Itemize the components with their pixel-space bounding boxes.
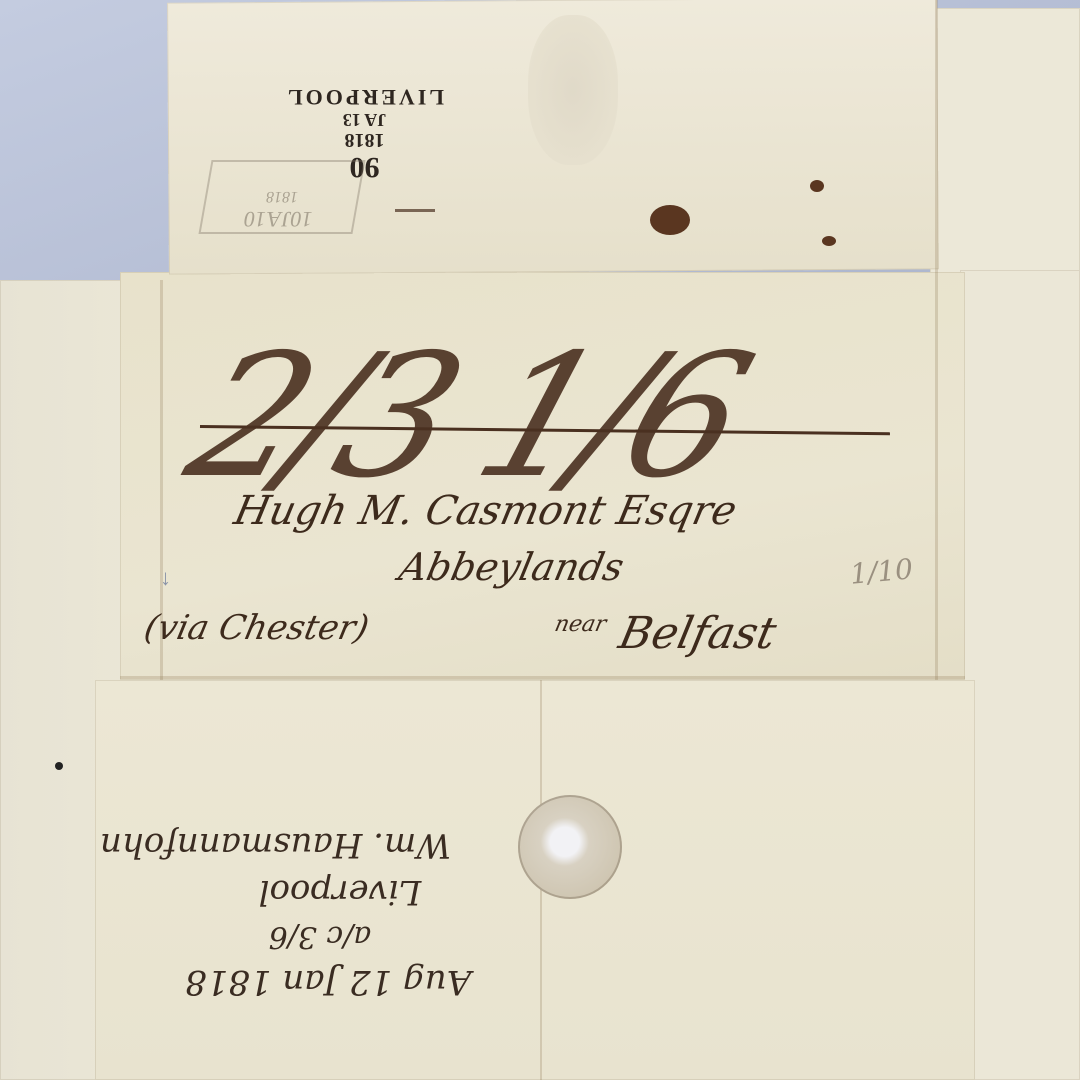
ink-blot: [822, 236, 836, 246]
fold-line: [120, 676, 965, 679]
routing-instruction: (via Chester): [141, 608, 373, 648]
wax-seal-residue: [528, 15, 618, 165]
pencil-arrow-mark: ↓: [160, 565, 171, 591]
endorsement-place: Liverpool: [100, 868, 481, 916]
postage-rate-marking: 2/3 1/6: [168, 318, 764, 516]
ink-blot: [650, 205, 690, 235]
ink-dot: [55, 762, 63, 770]
margin-pencil-note: 1/10: [849, 552, 915, 590]
endorsement-date: Aug 12 Jan 1818: [100, 957, 481, 1005]
postmark-date: JA 13: [285, 109, 444, 129]
box-stamp-year: 1818: [205, 186, 358, 205]
letter-panel-top-right: [930, 8, 1080, 278]
addressee-name: Hugh M. Casmont Esqre: [230, 488, 741, 534]
endorsement-sender: Wm. Hausmannfohn: [100, 820, 481, 868]
address-city: Belfast: [615, 608, 781, 659]
wax-seal-mark: [518, 795, 622, 899]
box-stamp-date: 10JA10: [201, 206, 356, 232]
box-date-stamp: 10JA10 1818: [198, 160, 365, 234]
address-near: near: [552, 612, 608, 637]
postmark-town: LIVERPOOL: [285, 85, 444, 109]
ink-stroke: [395, 209, 435, 212]
postmark-year: 1818: [285, 129, 444, 151]
docket-endorsement: Aug 12 Jan 1818 a/c 3/6 Liverpool Wm. Ha…: [100, 820, 481, 1005]
address-estate: Abbeylands: [395, 545, 628, 589]
ink-blot: [810, 180, 824, 192]
fold-line: [935, 0, 938, 680]
endorsement-account: a/c 3/6: [100, 915, 481, 957]
letter-panel-right: [960, 270, 1080, 1080]
